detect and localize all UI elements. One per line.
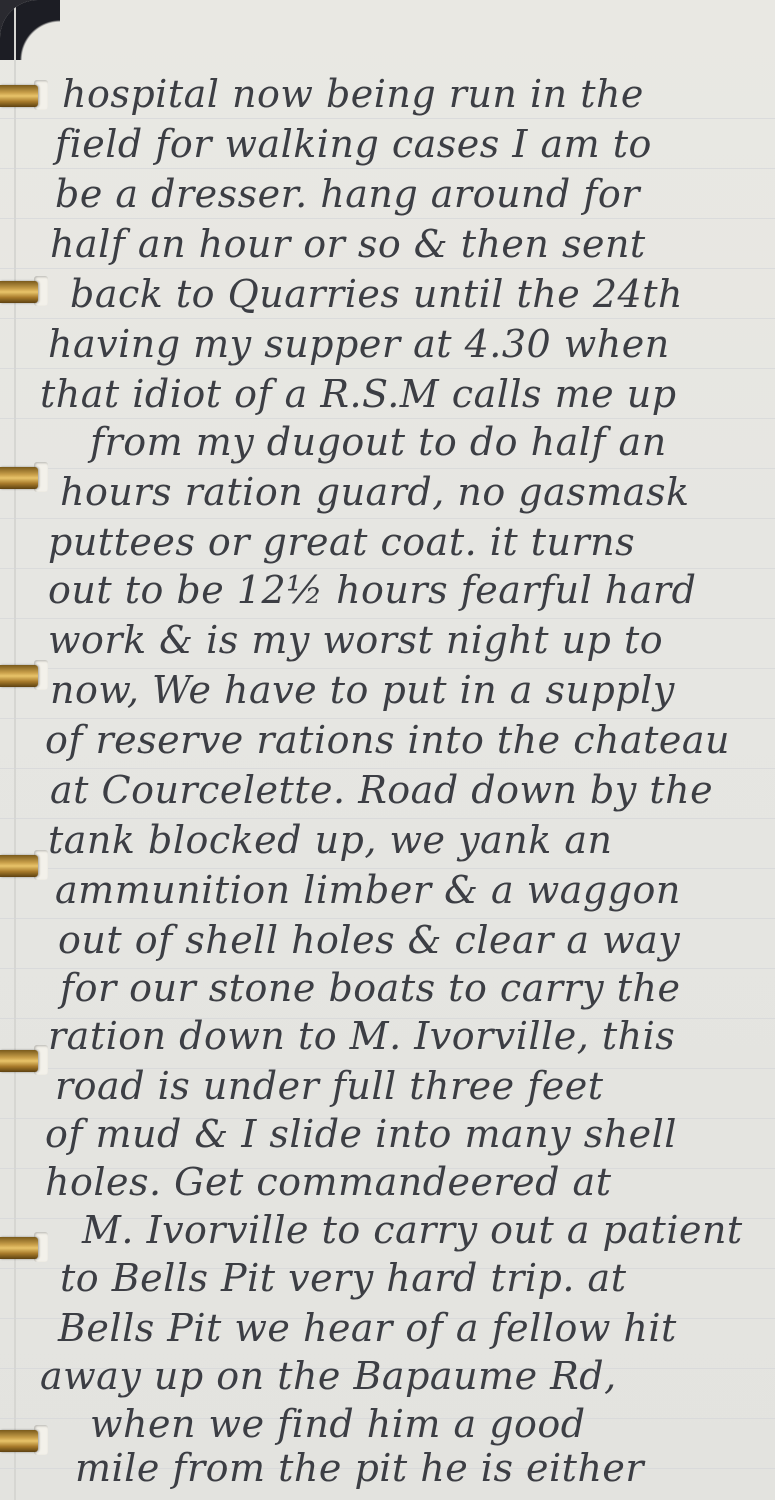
text-line: of mud & I slide into many shell [45, 1112, 677, 1156]
text-line: field for walking cases I am to [55, 122, 652, 166]
text-line: out to be 12½ hours fearful hard [48, 568, 696, 612]
text-line: from my dugout to do half an [90, 420, 667, 464]
diary-text: hospital now being run in the field for … [0, 0, 775, 1500]
text-line: when we find him a good [90, 1402, 586, 1446]
text-line: holes. Get commandeered at [45, 1160, 612, 1204]
text-line: to Bells Pit very hard trip. at [60, 1256, 626, 1300]
text-line: having my supper at 4.30 when [48, 322, 670, 366]
text-line: now, We have to put in a supply [50, 668, 675, 712]
text-line: out of shell holes & clear a way [58, 918, 680, 962]
text-line: mile from the pit he is either [75, 1446, 644, 1490]
text-line: Bells Pit we hear of a fellow hit [58, 1306, 677, 1350]
text-line: ammunition limber & a waggon [55, 868, 681, 912]
text-line: that idiot of a R.S.M calls me up [40, 372, 677, 416]
text-line: hours ration guard, no gasmask [60, 470, 689, 514]
text-line: puttees or great coat. it turns [48, 520, 635, 564]
text-line: at Courcelette. Road down by the [50, 768, 713, 812]
text-line: M. Ivorville to carry out a patient [82, 1208, 743, 1252]
text-line: work & is my worst night up to [48, 618, 663, 662]
text-line: of reserve rations into the chateau [45, 718, 730, 762]
text-line: for our stone boats to carry the [60, 966, 680, 1010]
text-line: hospital now being run in the [62, 72, 644, 116]
text-line: away up on the Bapaume Rd, [40, 1354, 617, 1398]
text-line: ration down to M. Ivorville, this [48, 1014, 675, 1058]
text-line: back to Quarries until the 24th [70, 272, 683, 316]
text-line: half an hour or so & then sent [50, 222, 646, 266]
text-line: be a dresser. hang around for [55, 172, 640, 216]
notebook-page: hospital now being run in the field for … [0, 0, 775, 1500]
text-line: road is under full three feet [55, 1064, 604, 1108]
text-line: tank blocked up, we yank an [48, 818, 612, 862]
